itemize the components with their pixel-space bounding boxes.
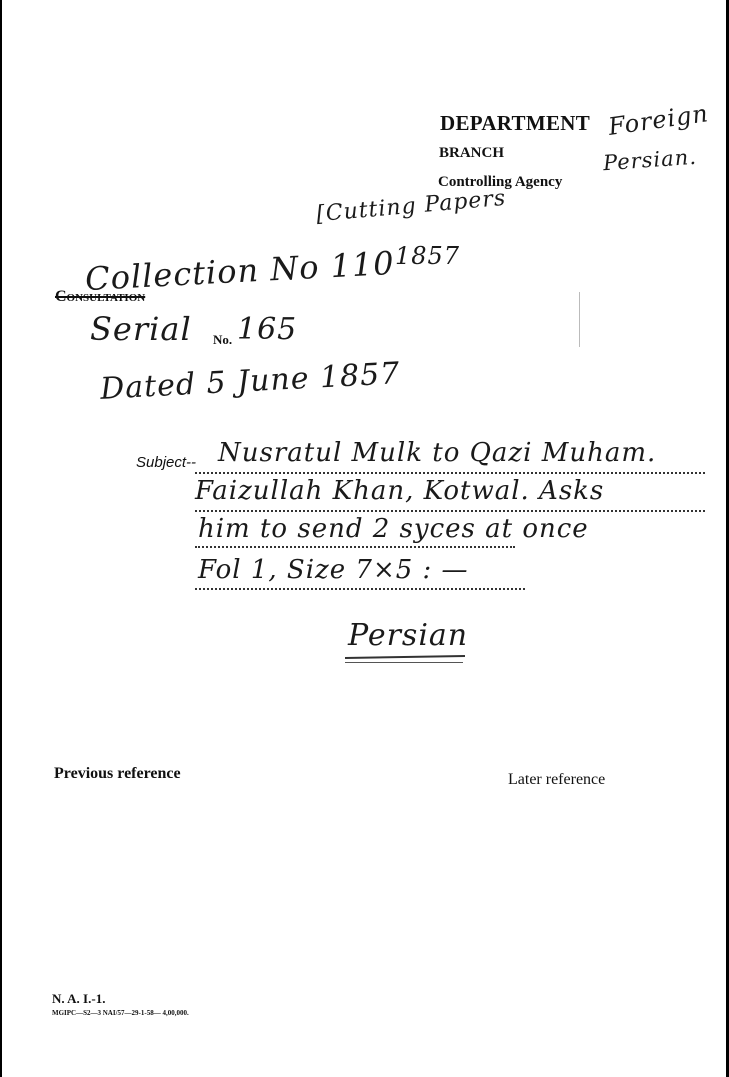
branch-annotation-underline — [345, 655, 465, 659]
subject-dotted-line — [195, 588, 525, 590]
form-code: N. A. I.-1. — [52, 991, 105, 1007]
subject-line-1: Nusratul Mulk to Qazi Muham. — [218, 438, 656, 468]
dated-field: Dated 5 June 1857 — [99, 356, 401, 407]
controlling-agency-year: 1857 — [395, 242, 460, 270]
subject-line-2: Faizullah Khan, Kotwal. Asks — [195, 476, 604, 506]
branch-annotation-underline — [345, 662, 463, 663]
subject-dotted-line — [195, 472, 705, 474]
subject-line-4: Fol 1, Size 7×5 : — — [198, 555, 469, 585]
consultation-label-struck: Consultation — [55, 288, 145, 306]
department-label: DEPARTMENT — [440, 111, 590, 136]
subject-label: Subject-- — [136, 454, 196, 471]
later-reference-label: Later reference — [508, 771, 605, 789]
serial-handwritten-label: Serial — [90, 310, 192, 348]
controlling-agency-value: [Cutting Papers — [315, 186, 507, 227]
page-border-left — [0, 0, 2, 1077]
serial-no-label: No. — [213, 332, 232, 348]
department-value: Foreign — [607, 99, 711, 141]
branch-label: BRANCH — [439, 145, 504, 162]
subject-dotted-line — [195, 546, 515, 548]
printer-imprint: MGIPC—S2—3 NAI/57—29-1-58— 4,00,000. — [52, 1009, 189, 1017]
branch-value: Persian. — [602, 145, 697, 175]
serial-number-value: 165 — [237, 312, 297, 347]
branch-annotation: Persian — [348, 618, 468, 653]
subject-line-3: him to send 2 syces at once — [198, 514, 589, 544]
previous-reference-label: Previous reference — [54, 765, 181, 783]
faint-scan-mark — [579, 292, 580, 347]
subject-dotted-line — [195, 510, 705, 512]
